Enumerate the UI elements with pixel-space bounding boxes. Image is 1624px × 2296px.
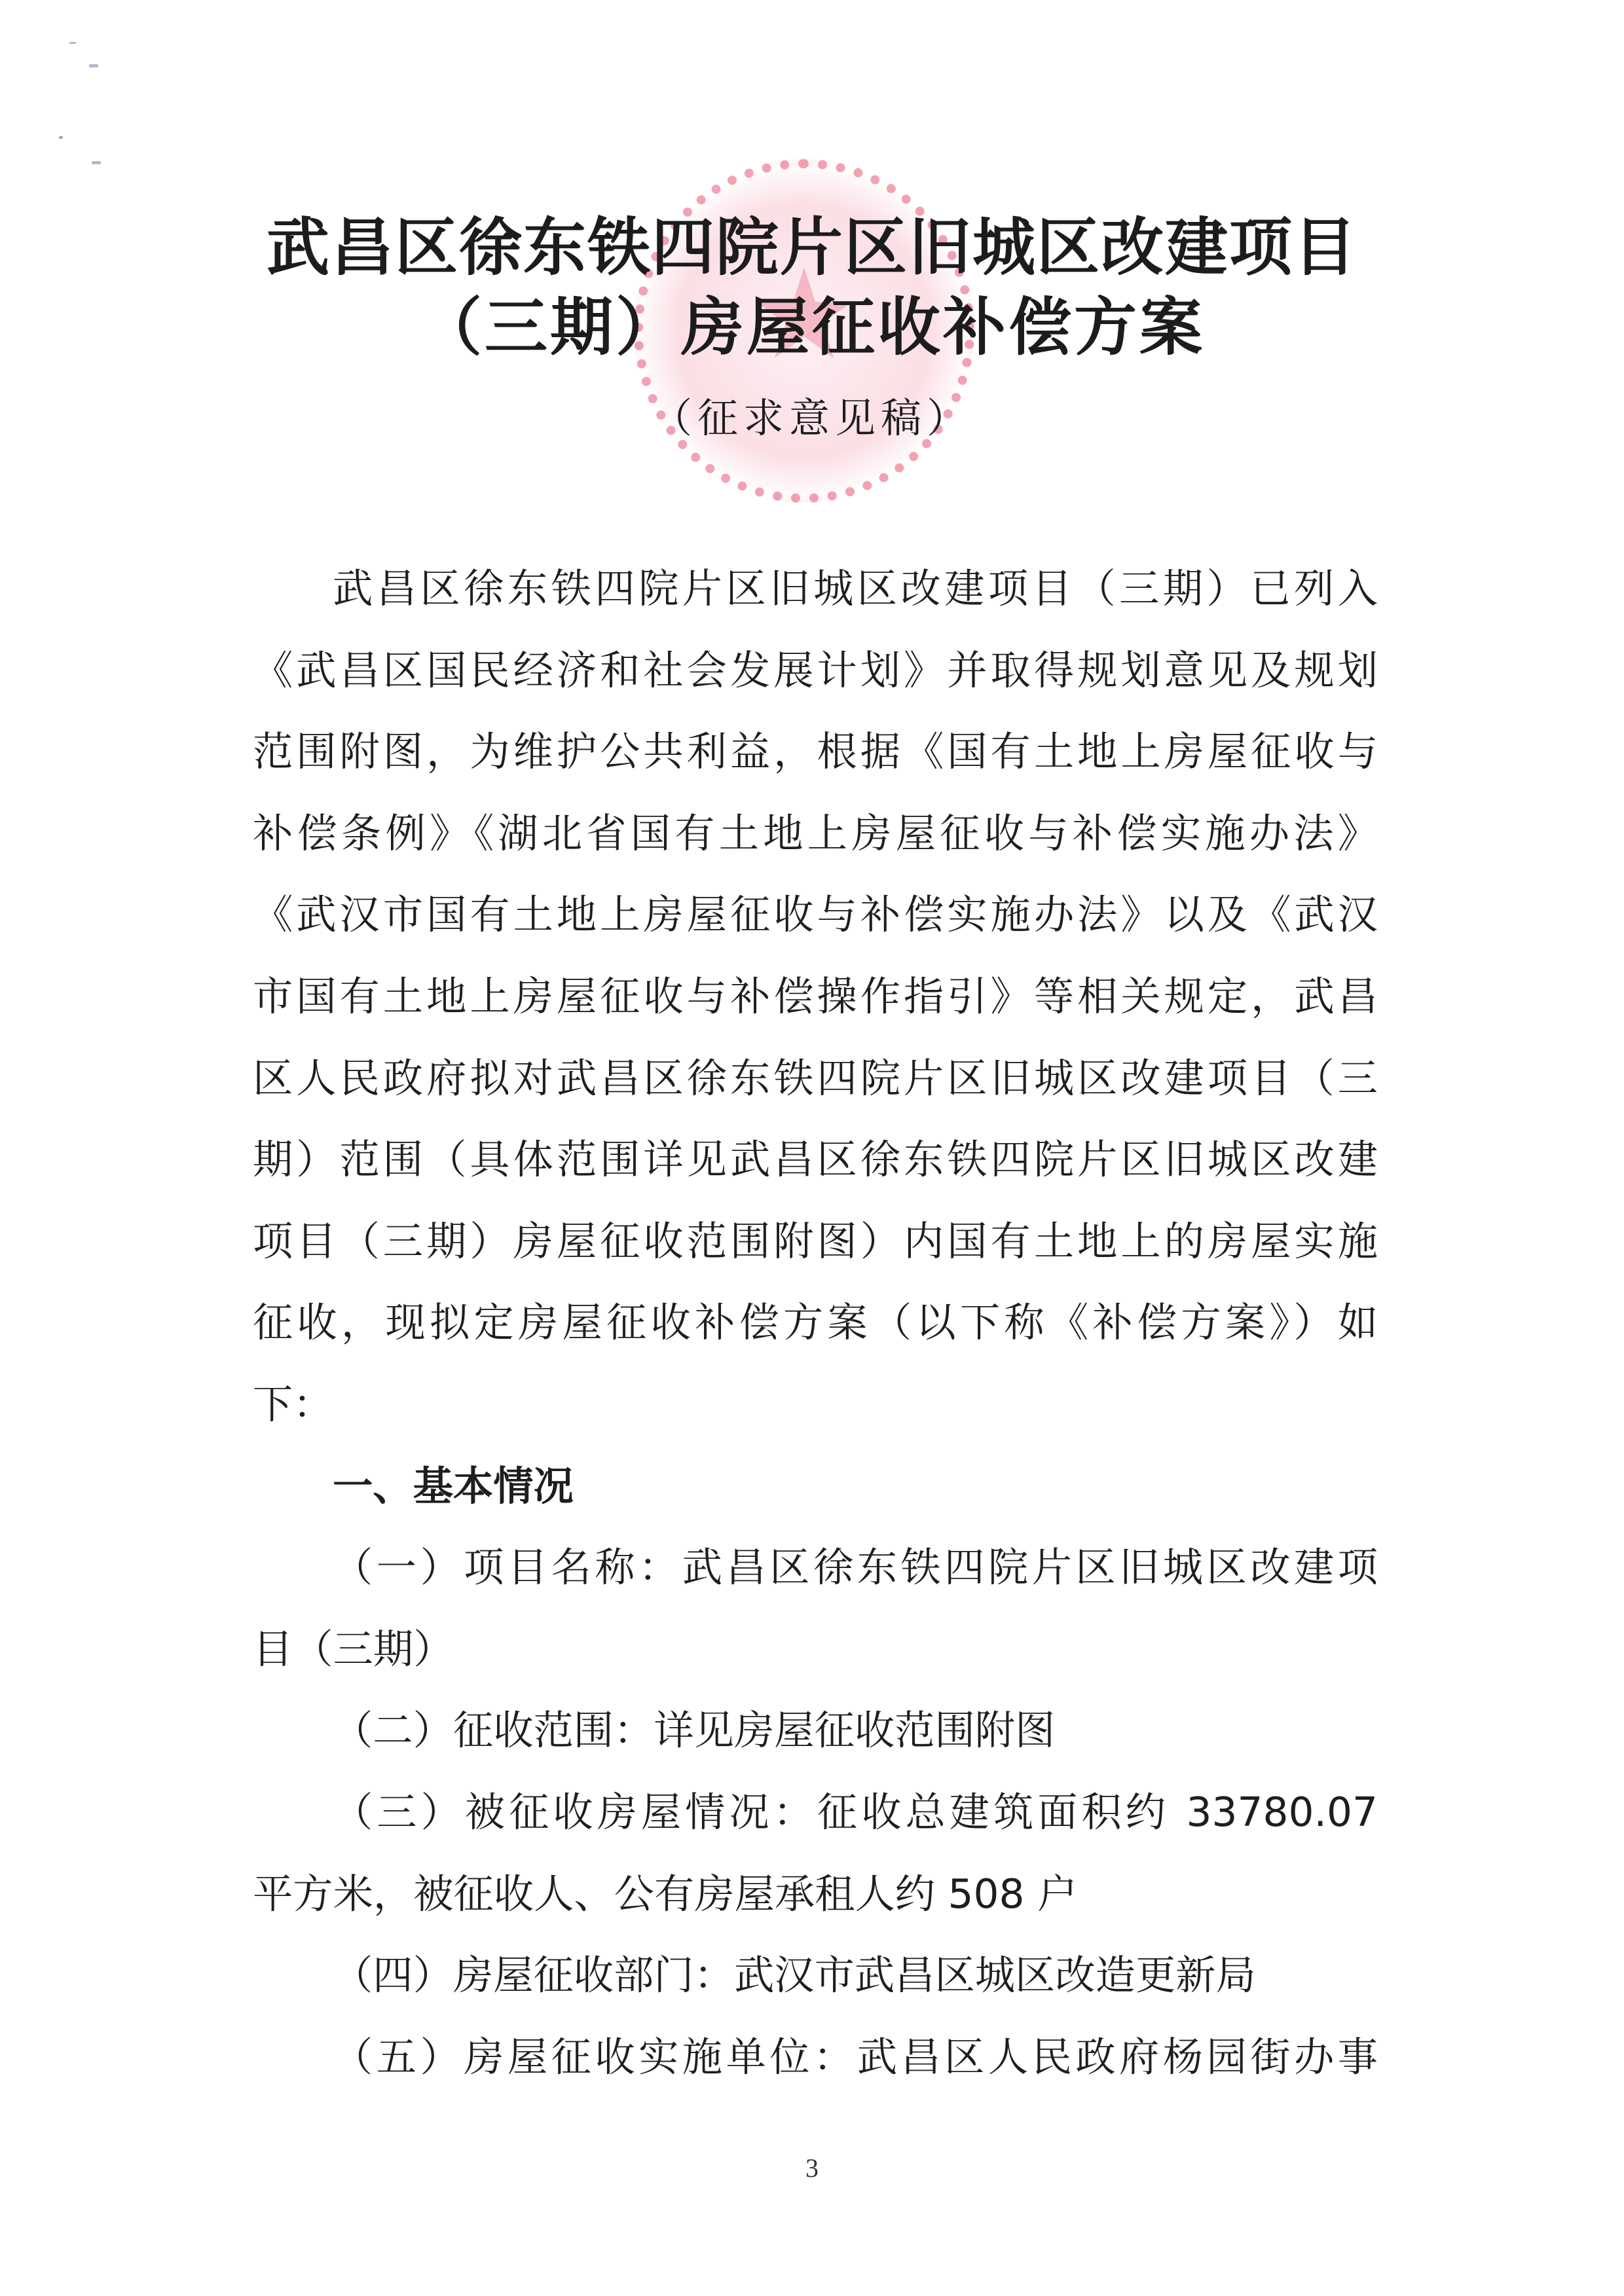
body-line: 市国有土地上房屋征收与补偿操作指引》等相关规定，武昌 (253, 957, 1378, 1038)
body-line: 补偿条例》《湖北省国有土地上房屋征收与补偿实施办法》 (253, 793, 1378, 875)
document-subtitle-draft-label: （征求意见稿） (0, 398, 1624, 439)
body-line: 范围附图，为维护公共利益，根据《国有土地上房屋征收与 (253, 712, 1378, 793)
body-line: 《武汉市国有土地上房屋征收与补偿实施办法》以及《武汉 (253, 875, 1378, 957)
scan-artifact (89, 64, 98, 67)
body-line: 《武昌区国民经济和社会发展计划》并取得规划意见及规划 (253, 630, 1378, 712)
item-housing-situation: （三）被征收房屋情况：征收总建筑面积约 33780.07 (253, 1772, 1378, 1854)
body-line: 下： (253, 1364, 1378, 1446)
intro-paragraph: 武昌区徐东铁四院片区旧城区改建项目（三期）已列入 《武昌区国民经济和社会发展计划… (253, 549, 1378, 1446)
body-line: 武昌区徐东铁四院片区旧城区改建项目（三期）已列入 (253, 549, 1378, 630)
body-line: 项目（三期）房屋征收范围附图）内国有土地上的房屋实施 (253, 1201, 1378, 1283)
document-title-line-2: （三期）房屋征收补偿方案 (0, 296, 1624, 359)
section-heading-basic-info: 一、基本情况 (253, 1446, 1378, 1528)
document-body: 武昌区徐东铁四院片区旧城区改建项目（三期）已列入 《武昌区国民经济和社会发展计划… (253, 549, 1378, 2098)
scan-artifact (69, 42, 76, 44)
body-line: 区人民政府拟对武昌区徐东铁四院片区旧城区改建项目（三 (253, 1038, 1378, 1120)
scan-artifact (59, 136, 63, 139)
body-line: 征收，现拟定房屋征收补偿方案（以下称《补偿方案》）如 (253, 1283, 1378, 1364)
item-project-name: （一）项目名称：武昌区徐东铁四院片区旧城区改建项 (253, 1527, 1378, 1609)
section-1: 一、基本情况 （一）项目名称：武昌区徐东铁四院片区旧城区改建项 目（三期） （二… (253, 1446, 1378, 2099)
item-expropriation-department: （四）房屋征收部门：武汉市武昌区城区改造更新局 (253, 1935, 1378, 2017)
document-title-line-1: 武昌区徐东铁四院片区旧城区改建项目 (0, 216, 1624, 279)
item-implementing-unit: （五）房屋征收实施单位：武昌区人民政府杨园街办事 (253, 2017, 1378, 2099)
page-number: 3 (0, 2153, 1624, 2183)
body-line: 期）范围（具体范围详见武昌区徐东铁四院片区旧城区改建 (253, 1120, 1378, 1201)
item-expropriation-scope: （二）征收范围：详见房屋征收范围附图 (253, 1690, 1378, 1772)
item-housing-situation-cont: 平方米，被征收人、公有房屋承租人约 508 户 (253, 1854, 1378, 1936)
scan-artifact (92, 161, 101, 164)
item-project-name-cont: 目（三期） (253, 1609, 1378, 1691)
